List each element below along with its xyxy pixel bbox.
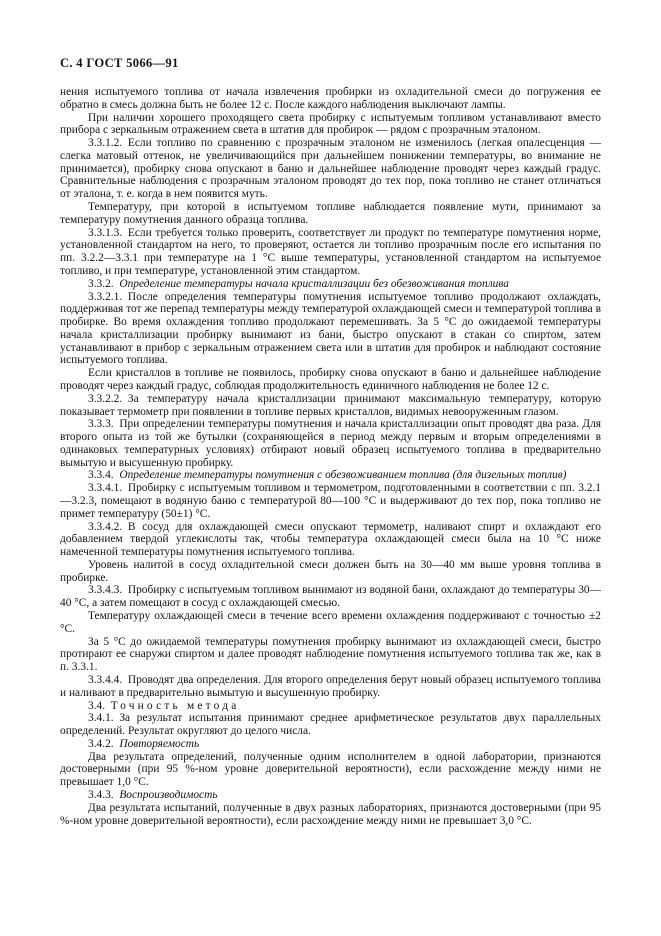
paragraph: При наличии хорошего проходящего света п… xyxy=(60,112,601,138)
paragraph: Температуру, при которой в испытуемом то… xyxy=(60,201,601,227)
paragraph: 3.3.2.2. За температуру начала кристалли… xyxy=(60,393,601,419)
paragraph: 3.4.1. За результат испытания принимают … xyxy=(60,712,601,738)
paragraph: 3.3.1.2. Если топливо по сравнению с про… xyxy=(60,137,601,201)
paragraph: 3.3.2. Определение температуры начала кр… xyxy=(60,278,601,291)
document-page: С. 4 ГОСТ 5066—91 нения испытуемого топл… xyxy=(0,0,661,936)
paragraph: 3.4. Точность метода xyxy=(60,700,601,713)
paragraph: Два результата определений, полученные о… xyxy=(60,751,601,789)
paragraph: 3.3.4.3. Пробирку с испытуемым топливом … xyxy=(60,584,601,610)
clause-heading: Определение температуры помутнения с обе… xyxy=(119,469,566,481)
clause-heading: Определение температуры начала кристалли… xyxy=(119,278,509,290)
clause-number: 3.4. xyxy=(88,700,105,712)
clause-number: 3.3.4. xyxy=(88,469,114,481)
clause-heading: Точность метода xyxy=(111,700,240,712)
paragraph: 3.3.2.1. После определения температуры п… xyxy=(60,291,601,368)
paragraph: За 5 °С до ожидаемой температуры помутне… xyxy=(60,636,601,674)
clause-number: 3.4.2. xyxy=(88,738,114,750)
paragraph: Уровень налитой в сосуд охладительной см… xyxy=(60,559,601,585)
paragraph: 3.3.4.1. Пробирку с испытуемым топливом … xyxy=(60,482,601,520)
clause-heading: Воспроизводимость xyxy=(119,789,217,801)
clause-number: 3.3.2. xyxy=(88,278,114,290)
paragraph: Если кристаллов в топливе не появилось, … xyxy=(60,367,601,393)
paragraph: 3.3.4.4. Проводят два определения. Для в… xyxy=(60,674,601,700)
paragraph: 3.4.2. Повторяемость xyxy=(60,738,601,751)
clause-number: 3.4.3. xyxy=(88,789,114,801)
paragraph: Температуру охлаждающей смеси в течение … xyxy=(60,610,601,636)
paragraph: 3.4.3. Воспроизводимость xyxy=(60,789,601,802)
paragraph: 3.3.4. Определение температуры помутнени… xyxy=(60,469,601,482)
paragraph: нения испытуемого топлива от начала извл… xyxy=(60,86,601,112)
clause-heading: Повторяемость xyxy=(119,738,199,750)
paragraph: 3.3.3. При определении температуры помут… xyxy=(60,418,601,469)
page-header: С. 4 ГОСТ 5066—91 xyxy=(60,56,179,71)
document-body: нения испытуемого топлива от начала извл… xyxy=(60,86,601,827)
paragraph: 3.3.1.3. Если требуется только проверить… xyxy=(60,227,601,278)
paragraph: Два результата испытаний, полученные в д… xyxy=(60,802,601,828)
paragraph: 3.3.4.2. В сосуд для охлаждающей смеси о… xyxy=(60,521,601,559)
